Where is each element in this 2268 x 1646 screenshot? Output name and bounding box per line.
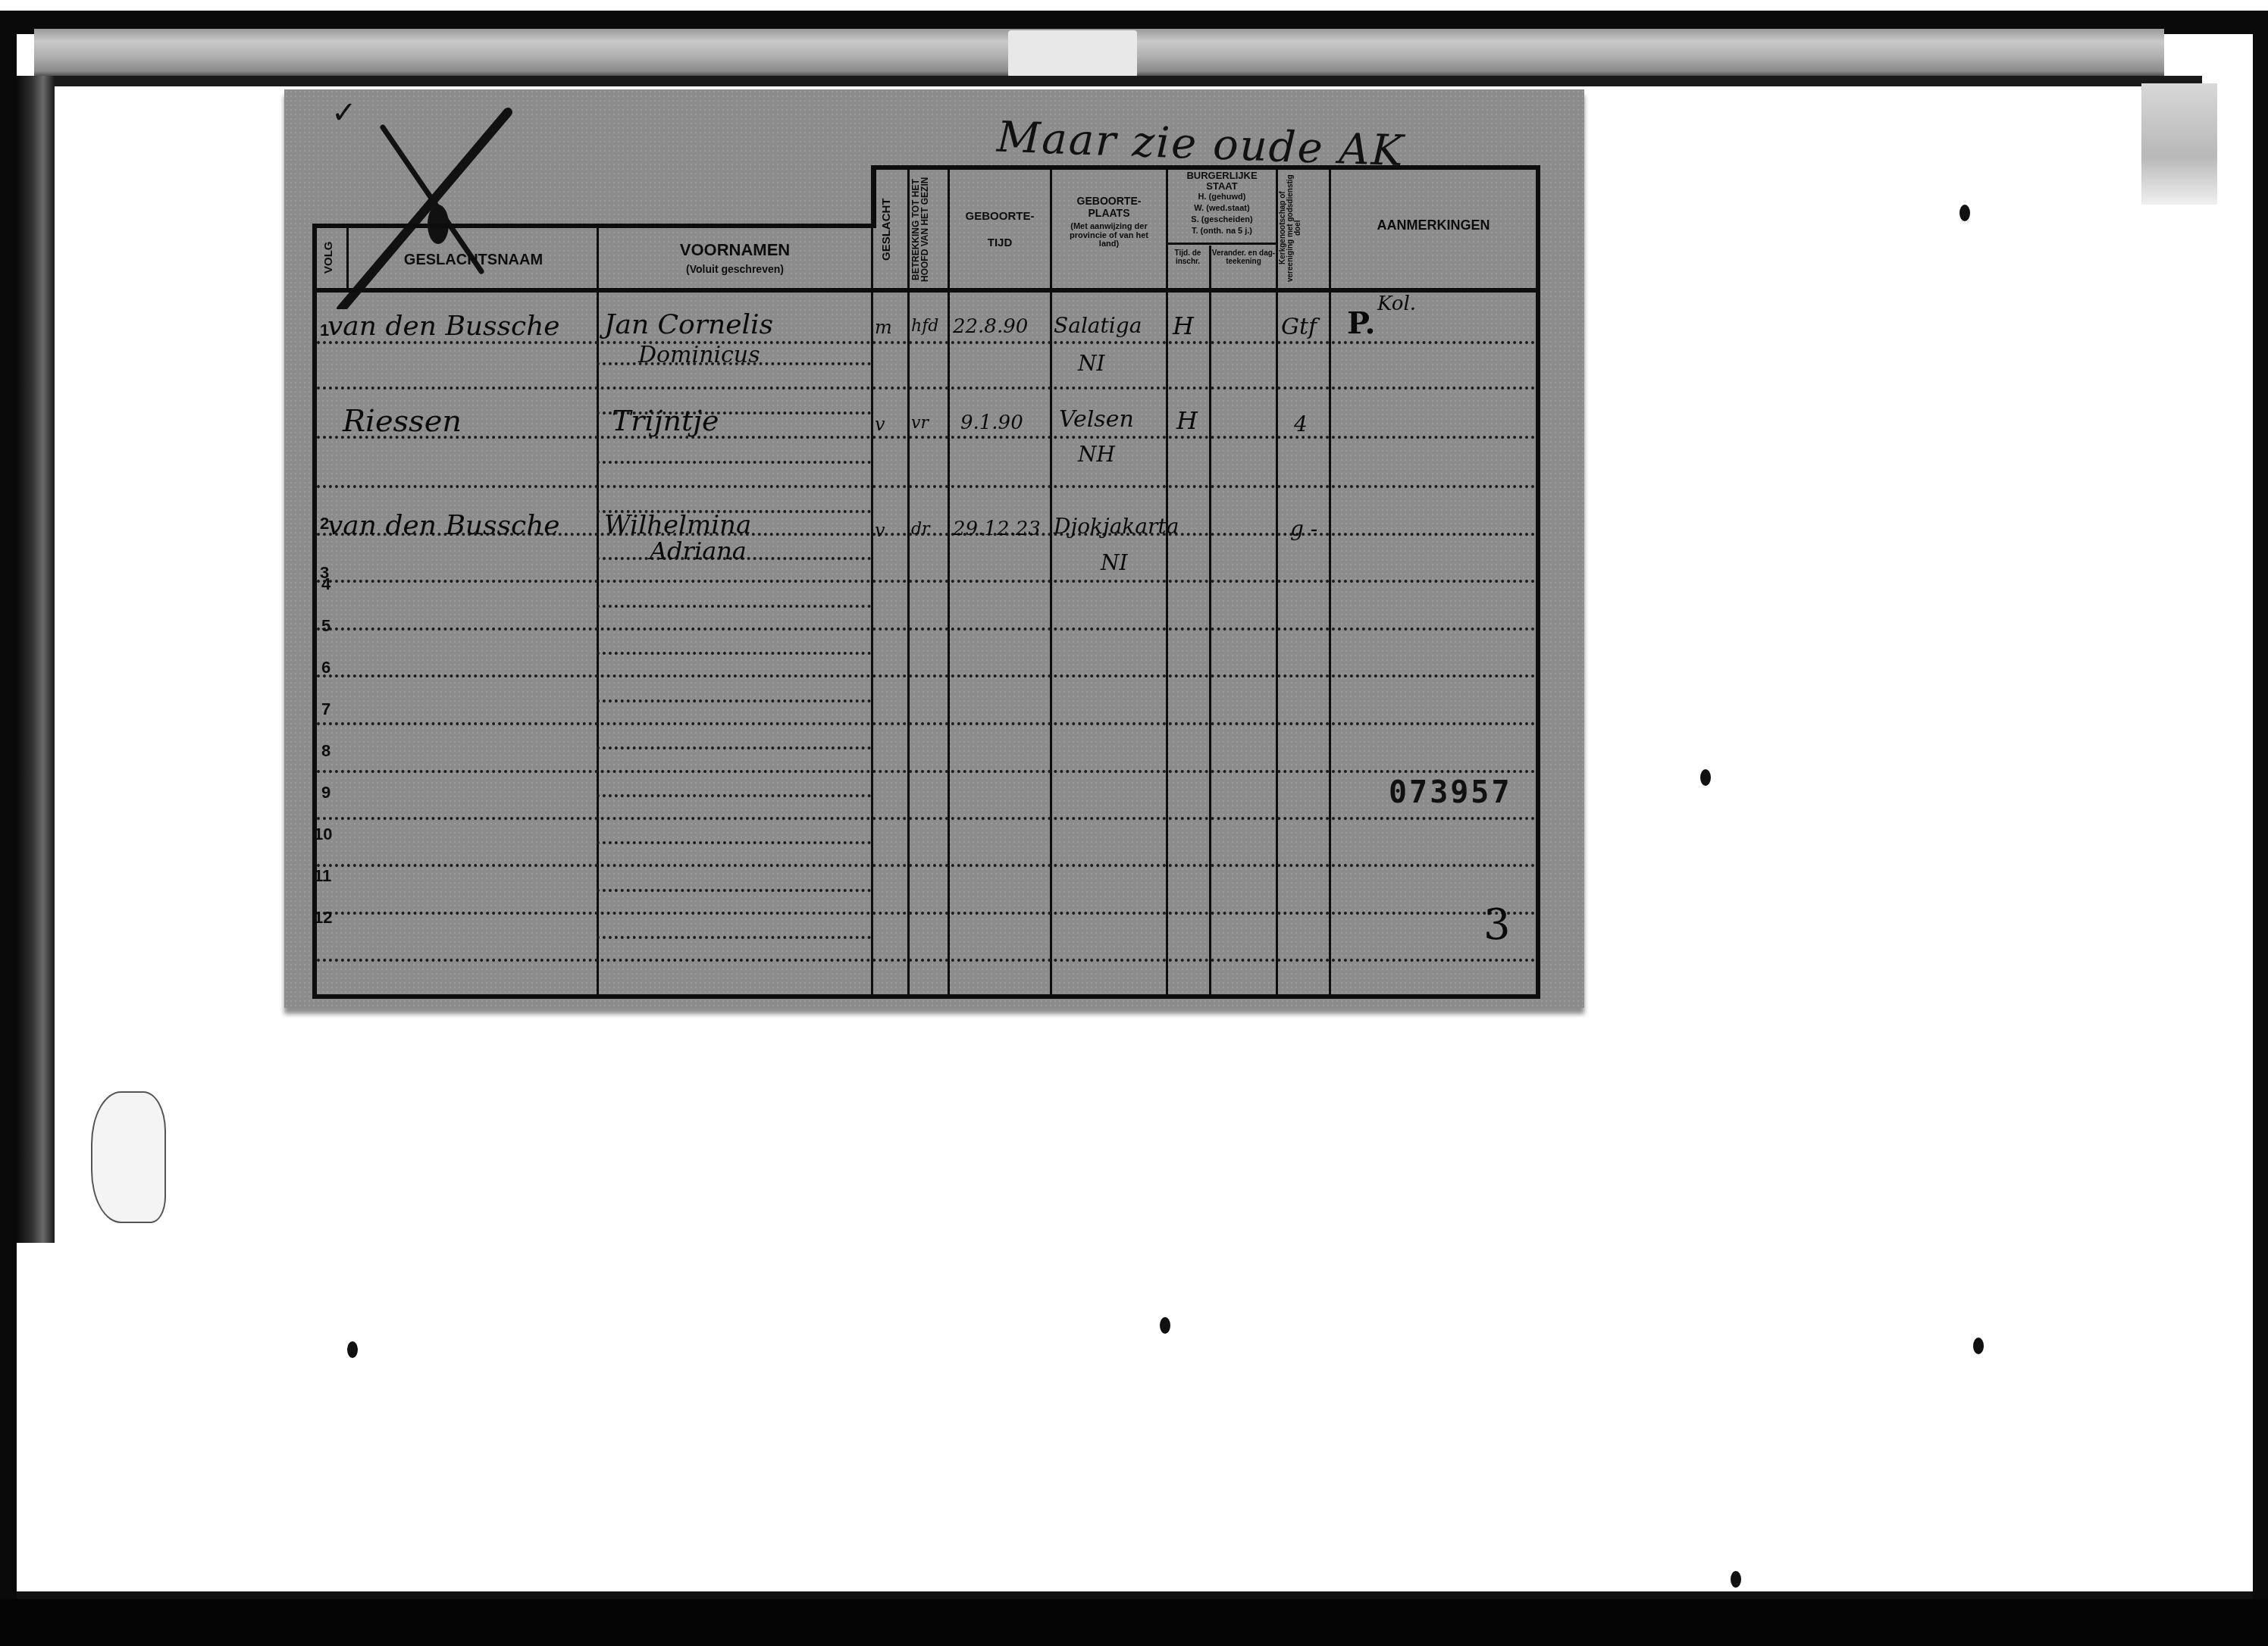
birth-place-line-1: Velsen [1059,406,1134,433]
given-names-line-1: Trijntje [612,404,719,437]
row-number: 10 [314,825,332,844]
header-voornamen: VOORNAMEN [599,241,871,258]
row-line [317,864,1536,867]
burgerlijke-staat-divider [1166,243,1276,245]
birth-date: 9.1.90 [960,411,1023,434]
card-number-stamp: 073957 [1389,775,1512,810]
sex: v [875,414,885,435]
row-line [317,674,1536,677]
dust-dot [1731,1571,1741,1588]
header-geboorteplaats-2: PLAATS [1052,208,1166,219]
birth-date: 22.8.90 [953,315,1028,338]
row-line [317,386,1536,390]
col-divider [597,224,599,997]
tape-piece [91,1091,166,1223]
header-geboorteplaats-1: GEBOORTE- [1052,196,1166,207]
row-number: 7 [321,699,330,719]
birth-place-line-2: NH [1078,442,1115,467]
religion: g - [1290,516,1317,541]
dust-dot [1700,769,1711,786]
header-tijd-inschr: Tijd. de inschr. [1167,250,1209,266]
row-line [317,722,1536,725]
dust-dot [1959,205,1970,221]
dust-dot [347,1341,358,1358]
header-bs-w: W. (wed.staat) [1168,205,1276,214]
row-line [597,889,871,892]
religion: Gtf [1281,314,1317,340]
row-line [317,436,1536,439]
header-bottom-border [312,288,1540,293]
register-table: VOLG GESLACHTSNAAM VOORNAMEN (Voluit ges… [312,89,1540,999]
religion: 4 [1294,411,1308,437]
header-top-left-border [312,224,872,228]
photo-right-edge [2253,0,2268,1646]
birth-place-line-1: Djokjakarta [1054,514,1179,539]
dust-dot [1160,1317,1170,1334]
row-number: 12 [314,908,332,928]
bottom-frame-band [0,1599,2268,1646]
header-bs-t: T. (onth. na 5 j.) [1168,227,1276,236]
page-number-handwritten: 3 [1483,900,1511,950]
row-line [597,794,871,797]
header-verander: Verander. en dag-teekening [1211,250,1276,266]
bar-shadow [34,76,2202,86]
header-burgerlijke-staat-2: STAAT [1168,181,1276,192]
row-line [597,652,871,655]
header-kerkgenootschap: Kerkgenootschap of vereeniging met godsd… [1280,171,1327,285]
row-line [597,461,871,464]
bottom-frame-line [17,1591,2253,1599]
row-line [317,959,1536,962]
header-geboorteplaats-sub: (Met aanwijzing der provincie of van het… [1059,223,1159,249]
row-number: 11 [314,866,331,886]
dust-dot [1973,1338,1984,1354]
col-divider [1209,246,1211,997]
header-volg: VOLG [323,230,334,286]
remarks-handwritten: Kol. [1377,293,1416,315]
right-post [2141,83,2217,205]
surname: van den Bussche [327,311,560,342]
birth-date: 29.12.23 [953,518,1041,540]
bar-clip [1008,30,1137,77]
relation-to-head: hfd [911,317,938,336]
header-geslacht: GESLACHT [881,173,892,286]
registration-card: ✓ Maar zie oude AK VOLG GESLACHTSNAAM VO… [284,89,1584,1008]
row-line [597,746,871,749]
header-bs-h: H. (gehuwd) [1168,193,1276,202]
row-line [317,485,1536,488]
surname: Riessen [343,404,462,439]
col-divider [346,224,349,293]
header-betrekking: BETREKKING TOT HET HOOFD VAN HET GEZIN [911,171,946,288]
row-line [317,627,1536,631]
row-line [597,699,871,703]
row-number: 8 [321,741,330,761]
header-geboortetijd-1: GEBOORTE- [951,211,1049,223]
header-geslachtsnaam: GESLACHTSNAAM [350,252,597,268]
birth-place-line-2: NI [1101,550,1128,575]
row-line [317,817,1536,820]
header-bs-s: S. (gescheiden) [1168,216,1276,225]
birth-place-line-2: NI [1078,351,1105,376]
row-number: 9 [321,783,330,803]
header-burgerlijke-staat-1: BURGERLIJKE [1168,171,1276,181]
sex: v [875,520,885,541]
relation-to-head: vr [911,414,929,433]
birth-place-line-1: Salatiga [1054,313,1142,338]
row-line [317,770,1536,773]
row-number: 4 [321,574,330,594]
remarks-stamp: P. [1347,305,1375,341]
row-line [597,936,871,939]
frame-top-margin [0,0,2268,11]
header-voornamen-sub: (Voluit geschreven) [599,264,871,275]
given-names-line-2: Dominicus [638,342,760,368]
given-names-line-1: Jan Cornelis [604,309,773,340]
photo-left-edge [0,0,17,1646]
surname: van den Bussche [327,510,560,541]
header-aanmerkingen: AANMERKINGEN [1331,218,1536,233]
row-line [317,580,1536,583]
row-number: 5 [321,616,330,636]
given-names-line-1: Wilhelmina [604,510,751,540]
header-geboortetijd-2: TIJD [951,237,1049,249]
table-border-bottom [312,994,1540,999]
civil-status: H [1176,406,1198,435]
sex: m [875,317,892,338]
civil-status: H [1173,311,1194,340]
row-line [317,912,1536,915]
left-post [17,76,55,1243]
row-line [597,841,871,844]
row-line [597,605,871,608]
relation-to-head: dr [911,520,930,539]
given-names-line-2: Adriana [650,537,747,565]
row-number: 6 [321,658,330,677]
